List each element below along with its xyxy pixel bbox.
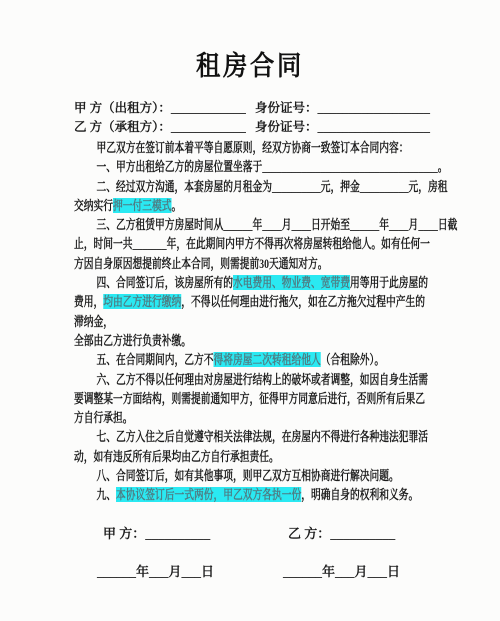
fill-in-blank: _______: [133, 236, 167, 251]
party-b-signature-label: 乙 方：: [288, 526, 330, 541]
contract-line: 方因自身原因想提前终止本合同，则需提前30天通知对方。: [74, 254, 439, 273]
text-segment: 年: [322, 564, 335, 579]
fill-in-blank: ___: [182, 564, 202, 579]
text-segment: 甲乙双方在签订前本着平等自愿原则，经双方协商一致签订本合同内容：: [97, 140, 409, 155]
contract-line: 一、甲方出租给乙方的房屋位置坐落于_______________________…: [74, 157, 439, 176]
text-segment: 方自行承担。: [74, 410, 133, 425]
fill-in-blank: ___: [149, 564, 169, 579]
text-segment: 。: [438, 159, 448, 174]
highlighted-text: 水电费用、物业费、宽带费: [233, 275, 350, 290]
text-segment: 三、乙方租赁甲方房屋时间从: [97, 217, 224, 232]
fill-in-blank: __________: [360, 179, 409, 194]
text-segment: 甲 方（出租方）：: [74, 101, 171, 115]
text-segment: 日开始至: [311, 217, 350, 232]
contract-line: 二、经过双方沟通，本套房屋的月租金为__________元，押金________…: [74, 177, 439, 196]
contract-line: 三、乙方租赁甲方房屋时间从______年____月____日开始至______年…: [74, 215, 439, 234]
fill-in-blank: ____: [262, 217, 282, 232]
id-number-group: 身份证号：__________________: [255, 99, 430, 118]
text-segment: 年: [136, 564, 149, 579]
text-segment: ，明确自身的权利和义务。: [301, 487, 418, 502]
text-segment: 七、乙方入住之后自觉遵守相关法律法规，在房屋内不得进行各种违法犯罪活: [97, 429, 429, 444]
party-a-date: ______年___月___日: [97, 562, 214, 582]
contract-line: 止，时间一共_______年，在此期间内甲方不得再次将房屋转租给他人。如有任何一: [74, 234, 439, 253]
text-segment: 乙 方（承租方）：: [74, 120, 171, 134]
fill-in-blank: __________: [272, 179, 321, 194]
text-segment: 日: [387, 564, 400, 579]
contract-line: 四、合同签订后，该房屋所有的水电费用、物业费、宽带费用等用于此房屋的: [74, 273, 439, 292]
text-segment: 六、乙方不得以任何理由对房屋进行结构上的破坏或者调整，如因自身生活需: [97, 372, 429, 387]
text-segment: 四、合同签订后，该房屋所有的: [97, 275, 234, 290]
text-segment: 年: [379, 217, 389, 232]
contract-line: 方自行承担。: [74, 408, 439, 427]
fill-in-blank: ____: [418, 217, 438, 232]
fill-in-blank: ______: [283, 564, 322, 579]
text-segment: 要调整某一方面结构，则需提前通知甲方，征得甲方同意后进行，否则所有后果乙: [74, 391, 425, 406]
fill-in-blank: ______: [223, 217, 252, 232]
highlighted-text: 本协议签订后一式两份，甲乙双方各执一份: [116, 487, 301, 502]
text-segment: 日截: [438, 217, 458, 232]
contract-line: 甲乙双方在签订前本着平等自愿原则，经双方协商一致签订本合同内容：: [74, 138, 439, 157]
contract-line: 全部由乙方进行负责补缴。: [74, 331, 439, 350]
text-segment: 身份证号：: [255, 101, 318, 115]
fill-in-blank: ____: [292, 217, 312, 232]
contract-line: 六、乙方不得以任何理由对房屋进行结构上的破坏或者调整，如因自身生活需: [74, 370, 439, 389]
contract-document-page: 租房合同 甲 方（出租方）：____________身份证号：_________…: [0, 0, 500, 621]
fill-in-blank: ____________: [171, 120, 246, 134]
text-segment: 九、: [97, 487, 117, 502]
text-segment: 年，在此期间内甲方不得再次将房屋转租给他人。如有任何一: [167, 236, 430, 251]
text-segment: 月: [409, 217, 419, 232]
fill-in-blank: __________: [145, 526, 210, 541]
contract-line: 要调整某一方面结构，则需提前通知甲方，征得甲方同意后进行，否则所有后果乙: [74, 389, 439, 408]
fill-in-blank: __________: [330, 526, 395, 541]
fill-in-blank: ___: [368, 564, 388, 579]
highlighted-text: 押一付三模式: [113, 198, 172, 213]
fill-in-blank: ______: [350, 217, 379, 232]
fill-in-blank: ____________________________________: [262, 159, 438, 174]
contract-line: 八、合同签订后，如有其他事项，则甲乙双方互相协商进行解决问题。: [74, 466, 439, 485]
text-segment: 年: [253, 217, 263, 232]
date-row: ______年___月___日 ______年___月___日: [0, 562, 500, 582]
text-segment: 日: [201, 564, 214, 579]
fill-in-blank: ___: [335, 564, 355, 579]
contract-line: 费用，均由乙方进行缴纳，不得以任何理由进行拖欠，如在乙方拖欠过程中产生的: [74, 292, 439, 311]
text-segment: 一、甲方出租给乙方的房屋位置坐落于: [97, 159, 263, 174]
contract-line: 滞纳金，: [74, 312, 439, 331]
text-segment: （合租除外）。: [321, 352, 384, 367]
contract-line: 五、在合同期间内，乙方不得将房屋二次转租给他人（合租除外）。: [74, 350, 439, 369]
party-b-row: 乙 方（承租方）：____________身份证号：______________…: [74, 118, 474, 137]
text-segment: 月: [282, 217, 292, 232]
party-b-signature: 乙 方：__________: [288, 524, 395, 544]
text-segment: 。: [172, 198, 182, 213]
text-segment: 止，时间一共: [74, 236, 133, 251]
party-a-signature: 甲 方：__________: [103, 524, 210, 544]
fill-in-blank: ____: [389, 217, 409, 232]
text-segment: 全部由乙方进行负责补缴。: [74, 333, 191, 348]
fill-in-blank: ______: [97, 564, 136, 579]
party-a-signature-label: 甲 方：: [103, 526, 145, 541]
contract-line: 九、本协议签订后一式两份，甲乙双方各执一份，明确自身的权利和义务。: [74, 485, 439, 504]
text-segment: 八、合同签订后，如有其他事项，则甲乙双方互相协商进行解决问题。: [97, 468, 399, 483]
contract-line: 交纳实行押一付三模式。: [74, 196, 439, 215]
fill-in-blank: __________________: [318, 101, 431, 115]
signature-row: 甲 方：__________ 乙 方：__________: [0, 524, 500, 544]
text-segment: 元，房租: [409, 179, 448, 194]
fill-in-blank: __________________: [318, 120, 431, 134]
text-segment: 身份证号：: [255, 120, 318, 134]
text-segment: 月: [169, 564, 182, 579]
contract-line: 七、乙方入住之后自觉遵守相关法律法规，在房屋内不得进行各种违法犯罪活: [74, 427, 439, 446]
party-b-date: ______年___月___日: [283, 562, 400, 582]
id-number-group: 身份证号：__________________: [255, 118, 430, 137]
highlighted-text: 得将房屋二次转租给他人: [214, 352, 321, 367]
text-segment: 动，如有违反所有后果均由乙方自行承担责任。: [74, 449, 279, 464]
text-segment: 方因自身原因想提前终止本合同，则需提前30天通知对方。: [74, 256, 328, 271]
contract-line: 动，如有违反所有后果均由乙方自行承担责任。: [74, 447, 439, 466]
text-segment: 交纳实行: [74, 198, 113, 213]
text-segment: 费用，: [74, 294, 103, 309]
party-a-row: 甲 方（出租方）：____________身份证号：______________…: [74, 99, 474, 118]
contract-body: 甲乙双方在签订前本着平等自愿原则，经双方协商一致签订本合同内容：一、甲方出租给乙…: [74, 138, 439, 505]
text-segment: 用等用于此房屋的: [350, 275, 428, 290]
fill-in-blank: ____________: [171, 101, 246, 115]
contract-title: 租房合同: [25, 44, 475, 83]
text-segment: 二、经过双方沟通，本套房屋的月租金为: [97, 179, 273, 194]
text-segment: 滞纳金，: [74, 314, 113, 329]
text-segment: 元，押金: [321, 179, 360, 194]
text-segment: ，不得以任何理由进行拖欠，如在乙方拖欠过程中产生的: [181, 294, 425, 309]
highlighted-text: 均由乙方进行缴纳: [103, 294, 181, 309]
text-segment: 五、在合同期间内，乙方不: [97, 352, 214, 367]
text-segment: 月: [355, 564, 368, 579]
